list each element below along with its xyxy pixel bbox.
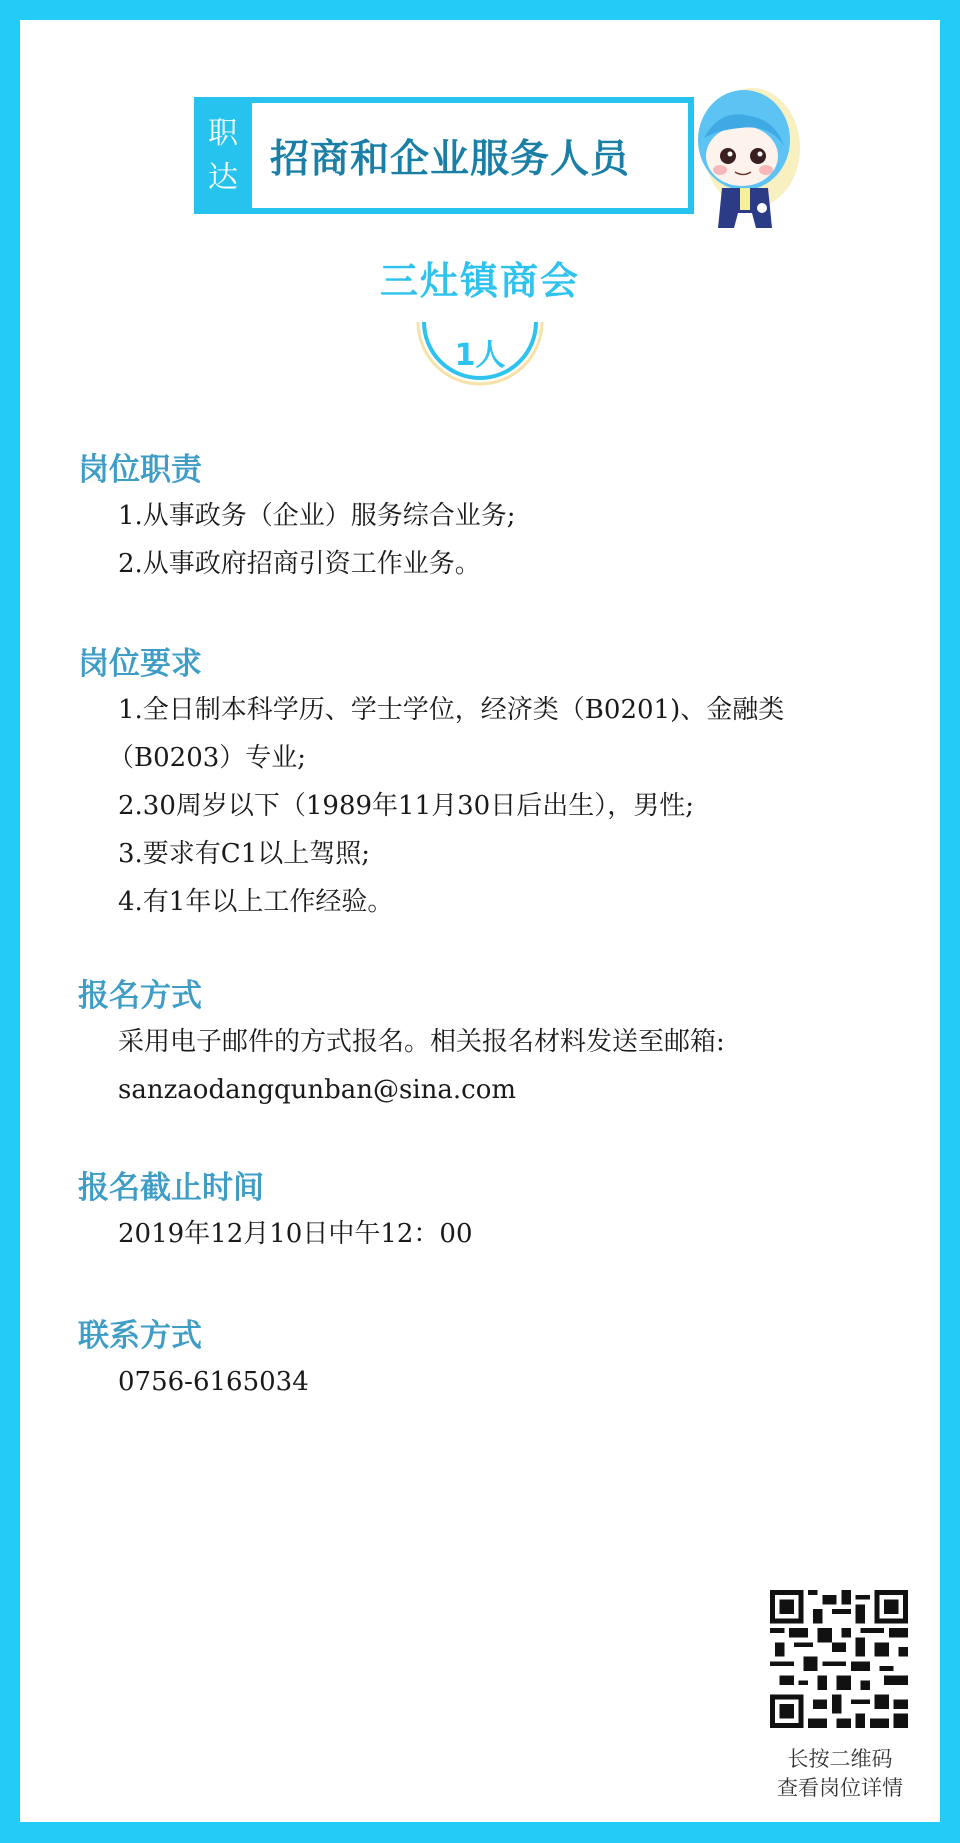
qr-caption-line: 长按二维码 xyxy=(750,1745,930,1774)
section-line: 1.全日制本科学历、学士学位，经济类（B0201)、金融类 xyxy=(78,686,938,734)
section-line: 3.要求有C1以上驾照; xyxy=(78,830,938,878)
section-responsibilities: 岗位职责 1.从事政务（企业）服务综合业务; 2.从事政府招商引资工作业务。 xyxy=(78,448,938,588)
section-title: 联系方式 xyxy=(78,1314,938,1358)
section-requirements: 岗位要求 1.全日制本科学历、学士学位，经济类（B0201)、金融类 （B020… xyxy=(78,642,938,926)
brand-tag-char: 职 xyxy=(208,112,238,156)
deadline-value: 2019年12月10日中午12：00 xyxy=(78,1210,938,1258)
headcount-badge: 1人 xyxy=(412,322,548,402)
phone-number[interactable]: 0756-6165034 xyxy=(78,1358,938,1406)
section-line: 2.30周岁以下（1989年11月30日后出生），男性; xyxy=(78,782,938,830)
poster-card: 职 达 招商和企业服务人员 三灶镇商会 1人 岗位职责 1.从事政务（企业）服务… xyxy=(20,20,940,1822)
section-title: 报名截止时间 xyxy=(78,1166,938,1210)
section-title: 报名方式 xyxy=(78,974,938,1018)
section-line: 2.从事政府招商引资工作业务。 xyxy=(78,540,938,588)
brand-tag-char: 达 xyxy=(208,156,238,200)
qr-caption-line: 查看岗位详情 xyxy=(750,1774,930,1803)
section-contact: 联系方式 0756-6165034 xyxy=(78,1314,938,1406)
job-title: 招商和企业服务人员 xyxy=(270,128,630,184)
section-line: 采用电子邮件的方式报名。相关报名材料发送至邮箱: xyxy=(78,1018,938,1066)
section-line: 1.从事政务（企业）服务综合业务; xyxy=(78,492,938,540)
job-title-banner: 职 达 招商和企业服务人员 xyxy=(194,97,694,214)
section-line: 4.有1年以上工作经验。 xyxy=(78,878,938,926)
section-title: 岗位职责 xyxy=(78,448,938,492)
brand-tag: 职 达 xyxy=(194,97,252,214)
organization-name: 三灶镇商会 xyxy=(20,250,940,305)
section-deadline: 报名截止时间 2019年12月10日中午12：00 xyxy=(78,1166,938,1258)
mascot-icon xyxy=(680,68,810,248)
section-title: 岗位要求 xyxy=(78,642,938,686)
section-line: （B0203）专业; xyxy=(78,734,938,782)
headcount-value: 1人 xyxy=(412,330,548,374)
section-application-method: 报名方式 采用电子邮件的方式报名。相关报名材料发送至邮箱: sanzaodang… xyxy=(78,974,938,1114)
qr-caption: 长按二维码 查看岗位详情 xyxy=(750,1745,930,1803)
email-address[interactable]: sanzaodangqunban@sina.com xyxy=(78,1066,938,1114)
qr-code-icon[interactable] xyxy=(770,1590,908,1728)
